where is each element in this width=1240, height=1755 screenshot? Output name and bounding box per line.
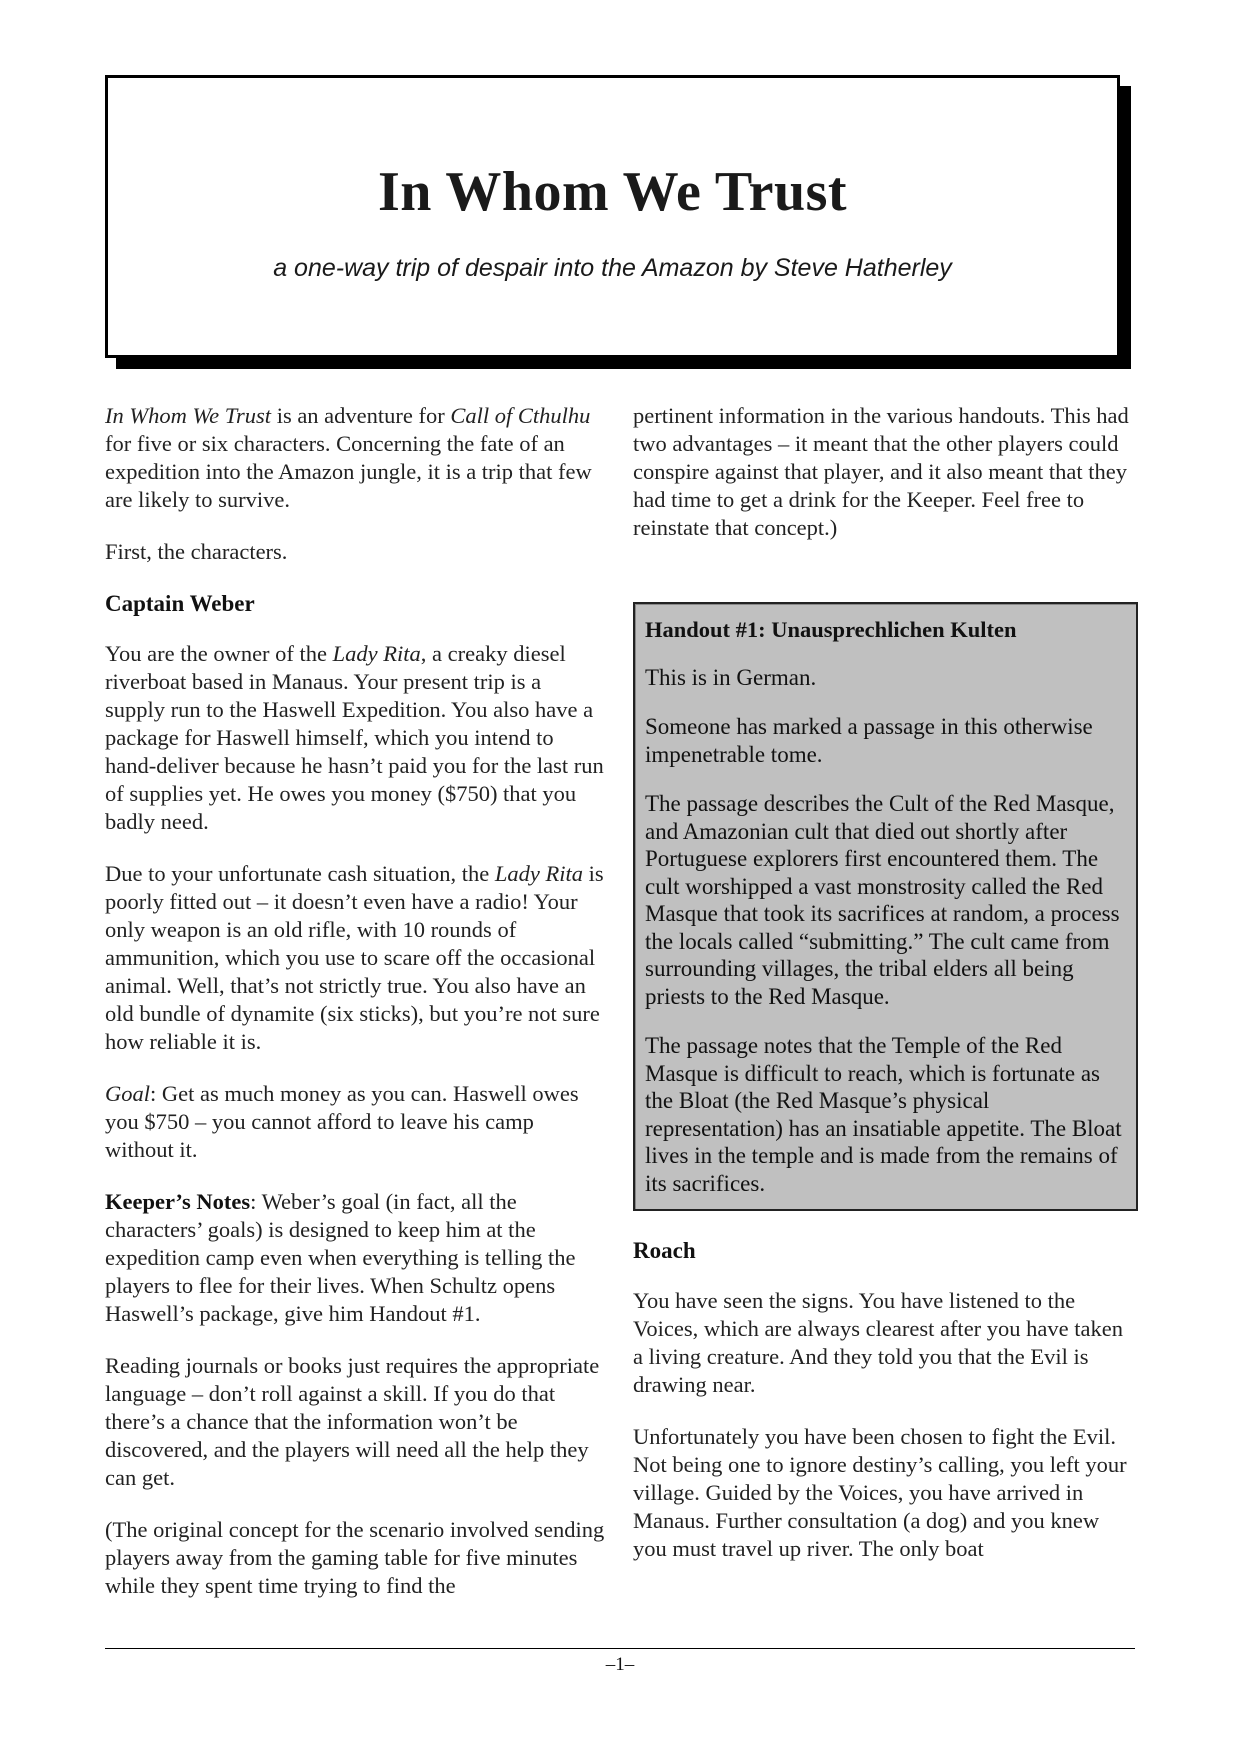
footer-divider [105,1648,1135,1649]
right-column: pertinent information in the various han… [633,402,1138,1587]
roach-paragraph-2: Unfortunately you have been chosen to fi… [633,1423,1138,1563]
document-subtitle: a one-way trip of despair into the Amazo… [108,254,1117,283]
weber-paragraph-2: Due to your unfortunate cash situation, … [105,860,605,1056]
handout-paragraph: The passage describes the Cult of the Re… [645,790,1126,1010]
reading-paragraph: Reading journals or books just requires … [105,1352,605,1492]
roach-paragraph-1: You have seen the signs. You have listen… [633,1287,1138,1399]
document-page: In Whom We Trust a one-way trip of despa… [0,0,1240,1755]
handout-paragraph: Someone has marked a passage in this oth… [645,713,1126,768]
document-title: In Whom We Trust [108,160,1117,224]
original-concept-paragraph: (The original concept for the scenario i… [105,1516,605,1600]
weber-paragraph-1: You are the owner of the Lady Rita, a cr… [105,640,605,836]
keeper-notes-label: Keeper’s Notes [105,1189,250,1214]
intro-italic-title: In Whom We Trust [105,403,271,428]
title-box: In Whom We Trust a one-way trip of despa… [105,75,1120,358]
handout-title: Handout #1: Unausprechlichen Kulten [645,616,1126,644]
page-number: –1– [0,1654,1240,1676]
intro-paragraph: In Whom We Trust is an adventure for Cal… [105,402,605,514]
handout-paragraph: The passage notes that the Temple of the… [645,1032,1126,1197]
keeper-notes-paragraph: Keeper’s Notes: Weber’s goal (in fact, a… [105,1188,605,1328]
first-characters-paragraph: First, the characters. [105,538,605,566]
goal-paragraph: Goal: Get as much money as you can. Hasw… [105,1080,605,1164]
goal-label: Goal [105,1081,150,1106]
section-heading-roach: Roach [633,1237,1138,1265]
intro-italic-game: Call of Cthulhu [450,403,590,428]
section-heading-captain-weber: Captain Weber [105,590,605,618]
left-column: In Whom We Trust is an adventure for Cal… [105,402,605,1624]
continuation-paragraph: pertinent information in the various han… [633,402,1138,542]
handout-paragraph: This is in German. [645,664,1126,692]
handout-box: Handout #1: Unausprechlichen Kulten This… [633,602,1138,1211]
